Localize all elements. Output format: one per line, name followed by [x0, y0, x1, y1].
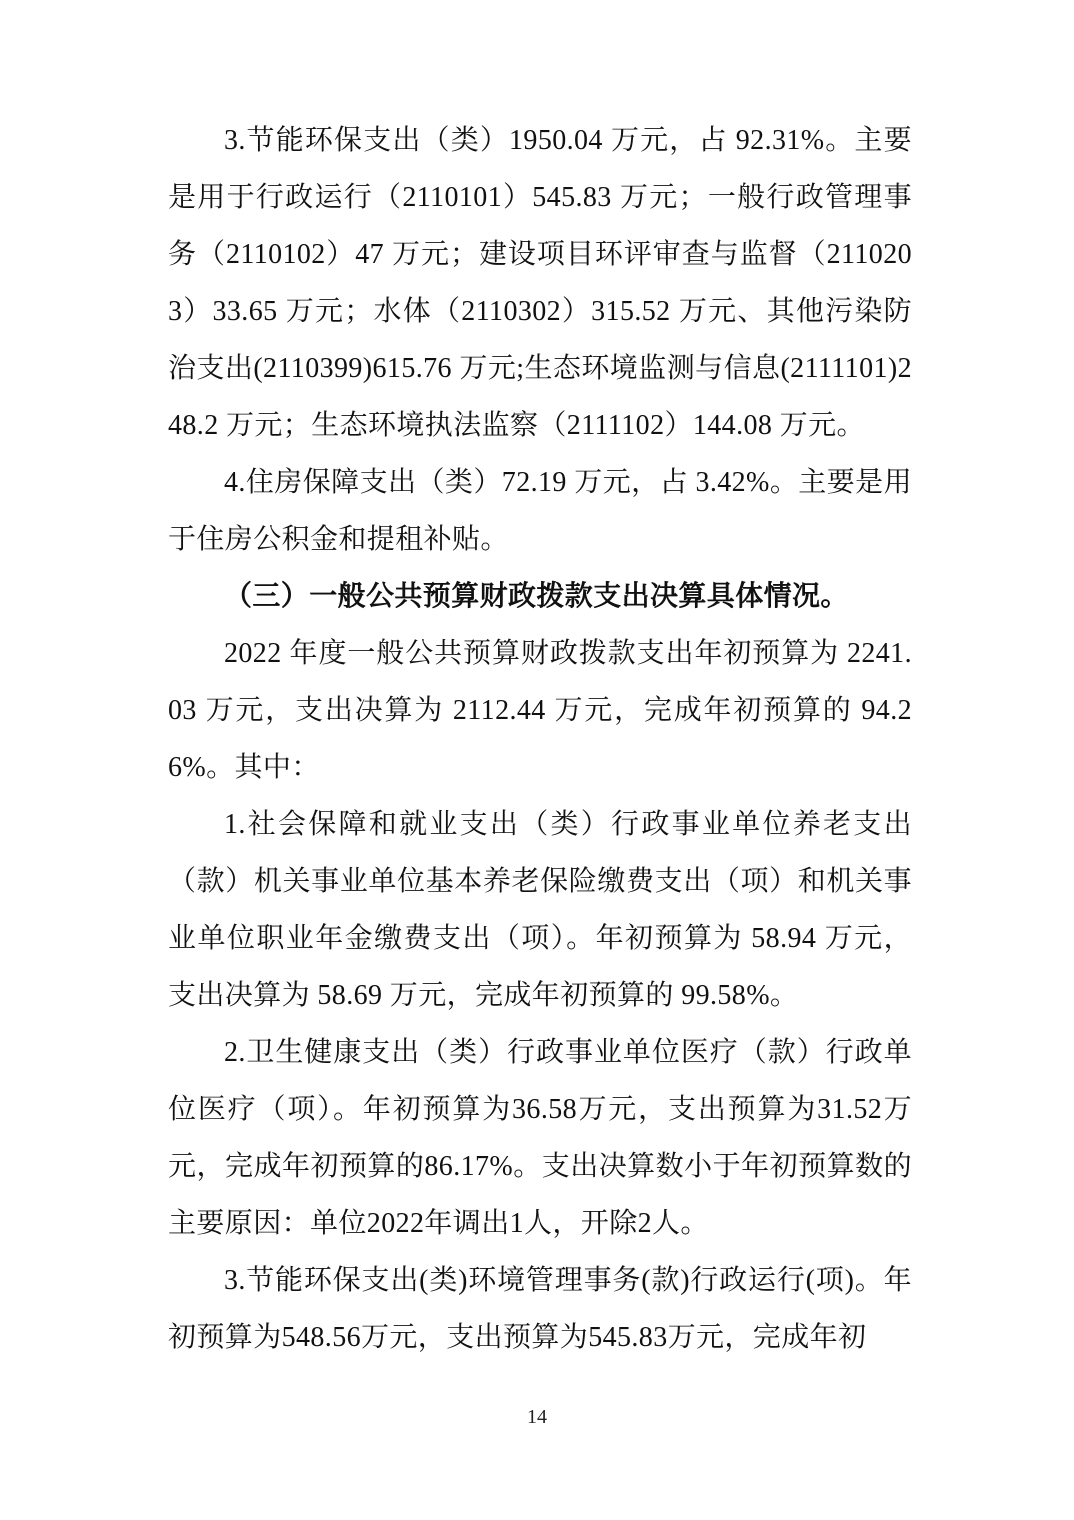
section-heading: （三）一般公共预算财政拨款支出决算具体情况。: [168, 568, 912, 625]
page-number: 14: [0, 1402, 1074, 1432]
paragraph-env-admin-expense: 3.节能环保支出(类)环境管理事务(款)行政运行(项)。年初预算为548.56万…: [168, 1252, 912, 1366]
document-body: 3.节能环保支出（类）1950.04 万元，占 92.31%。主要是用于行政运行…: [168, 112, 912, 1366]
paragraph-energy-env-expense: 3.节能环保支出（类）1950.04 万元，占 92.31%。主要是用于行政运行…: [168, 112, 912, 454]
paragraph-social-security-expense: 1.社会保障和就业支出（类）行政事业单位养老支出（款）机关事业单位基本养老保险缴…: [168, 796, 912, 1024]
paragraph-health-expense: 2.卫生健康支出（类）行政事业单位医疗（款）行政单位医疗（项）。年初预算为36.…: [168, 1024, 912, 1252]
document-page: 3.节能环保支出（类）1950.04 万元，占 92.31%。主要是用于行政运行…: [0, 0, 1074, 1520]
paragraph-budget-overview: 2022 年度一般公共预算财政拨款支出年初预算为 2241.03 万元，支出决算…: [168, 625, 912, 796]
paragraph-housing-expense: 4.住房保障支出（类）72.19 万元，占 3.42%。主要是用于住房公积金和提…: [168, 454, 912, 568]
